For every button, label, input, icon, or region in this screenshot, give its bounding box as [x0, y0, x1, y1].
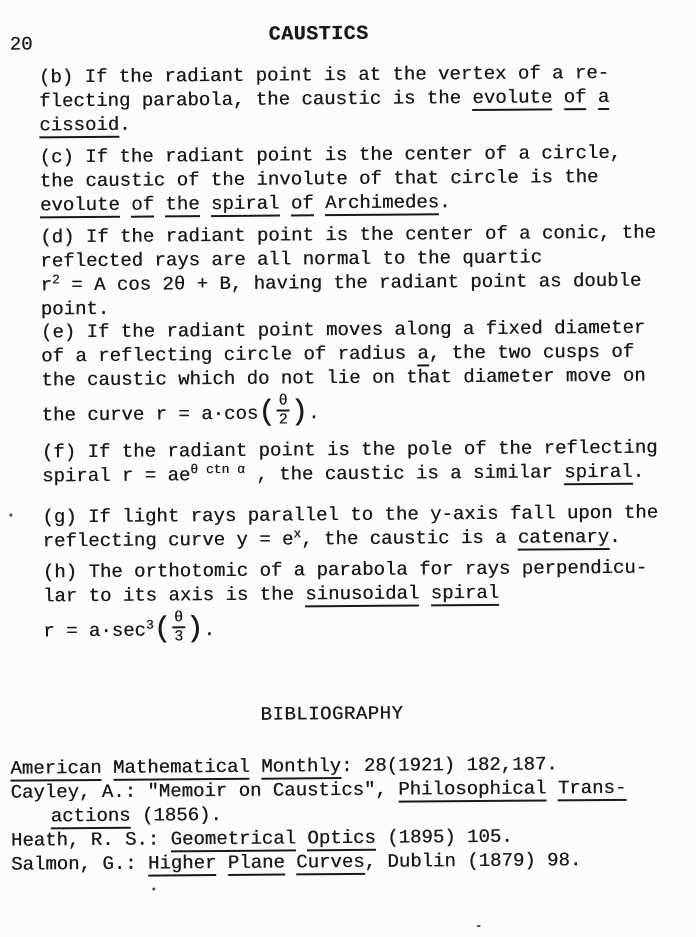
text-run: , Dublin (1879) 98. [365, 849, 582, 873]
text-run [419, 582, 431, 604]
text-run: ( [154, 612, 172, 645]
underlined-term: Curves [296, 851, 365, 876]
text-run [552, 86, 564, 108]
underlined-term: Plane [228, 852, 285, 876]
text-line: the caustic which do not lie on that dia… [41, 363, 677, 392]
text-line: cissoid. [39, 108, 675, 137]
page-content: 20 CAUSTICS (b) If the radiant point is … [0, 0, 696, 937]
text-line: (h) The orthotomic of a parabola for ray… [43, 555, 679, 584]
text-line: the caustic of the involute of that circ… [40, 164, 676, 193]
underlined-term: of [564, 86, 587, 110]
text-run: Cayley, A.: "Memoir on Caustics", [10, 779, 398, 804]
text-run: = A cos 2θ + B, having the radiant point… [60, 270, 642, 297]
text-run: r [40, 274, 52, 296]
text-line: r2 = A cos 2θ + B, having the radiant po… [40, 268, 676, 297]
text-line: reflecting curve y = ex, the caustic is … [42, 524, 678, 553]
fraction: θ2 [276, 393, 289, 429]
text-run: point. [41, 298, 110, 321]
paragraph-g: (g) If light rays parallel to the y-axis… [42, 500, 678, 553]
underlined-term: spiral [564, 461, 633, 486]
text-run: (1856). [130, 804, 221, 827]
page-title: CAUSTICS [0, 21, 641, 49]
text-run: reflecting curve y = e [42, 528, 293, 552]
text-run: of a reflecting circle of radius [41, 342, 417, 367]
underlined-term: evolute [472, 86, 552, 111]
superscript: x [293, 526, 301, 541]
underlined-term: Monthly [261, 755, 341, 780]
underlined-term: the [165, 193, 199, 217]
underlined-term: spiral [211, 193, 280, 218]
underlined-term: evolute [40, 194, 120, 219]
text-run: . [203, 619, 215, 641]
text-run: Heath, R. S.: [11, 828, 171, 851]
bibliography-entry: Salmon, G.: Higher Plane Curves, Dublin … [11, 847, 691, 876]
scanned-book-page: 20 CAUSTICS (b) If the radiant point is … [0, 0, 696, 937]
bibliography-list: American Mathematical Monthly: 28(1921) … [10, 751, 691, 876]
text-line: flecting parabola, the caustic is the ev… [39, 84, 675, 113]
paragraph-b: (b) If the radiant point is at the verte… [39, 60, 676, 137]
body-text: (b) If the radiant point is at the verte… [0, 0, 692, 3]
paragraph-c: (c) If the radiant point is the center o… [39, 140, 676, 217]
text-run [296, 827, 308, 849]
text-run: , the two cusps of [429, 341, 634, 365]
text-line: (d) If the radiant point is the center o… [40, 220, 676, 249]
underlined-term: catenary [518, 526, 609, 551]
text-run: (b) If the radiant point is at the verte… [39, 62, 609, 88]
text-run: . [119, 114, 131, 136]
text-run: . [609, 526, 621, 548]
underlined-term: a [417, 342, 429, 366]
underlined-term: actions [51, 805, 131, 830]
text-run: the caustic which do not lie on that dia… [41, 365, 645, 392]
underlined-term: Mathematical [113, 756, 250, 781]
underlined-term: of [291, 192, 314, 216]
text-run: ( [258, 396, 276, 429]
fraction-numerator: θ [276, 393, 289, 412]
superscript: θ ctn α [190, 462, 245, 477]
text-run: ) [186, 612, 204, 645]
text-run: (c) If the radiant point is the center o… [39, 142, 621, 169]
fraction-numerator: θ [172, 610, 185, 629]
text-run: , the caustic is a similar [245, 461, 564, 486]
underlined-term: Archimedes [325, 191, 439, 216]
superscript: 2 [52, 272, 60, 287]
paragraph-e: (e) If the radiant point moves along a f… [41, 315, 678, 438]
scan-speck [477, 925, 481, 927]
text-run: (1895) 105. [376, 826, 513, 849]
text-run: lar to its axis is the [43, 583, 305, 607]
fraction: θ3 [172, 610, 185, 646]
text-line: evolute of the spiral of Archimedes. [40, 188, 676, 217]
text-run [279, 192, 291, 214]
text-run [101, 757, 113, 779]
text-run [154, 193, 166, 215]
text-line: r = a·sec3(θ3). [43, 603, 679, 654]
text-run: . [632, 461, 644, 483]
text-run: reflected rays are all normal to the qua… [40, 246, 542, 272]
text-run [200, 193, 212, 215]
text-run [586, 86, 598, 108]
paragraph-h: (h) The orthotomic of a parabola for ray… [43, 555, 680, 654]
underlined-term: of [131, 194, 154, 218]
text-run: (h) The orthotomic of a parabola for ray… [43, 557, 647, 584]
bibliography-line: Salmon, G.: Higher Plane Curves, Dublin … [11, 847, 691, 876]
underlined-term: American [10, 757, 101, 782]
underlined-term: sinusoidal [305, 582, 419, 607]
bibliography-entry: Cayley, A.: "Memoir on Caustics", Philos… [10, 775, 690, 828]
text-line: the curve r = a·cos(θ2). [41, 387, 677, 438]
bibliography-line: Cayley, A.: "Memoir on Caustics", Philos… [10, 775, 690, 804]
fraction-denominator: 3 [172, 629, 185, 647]
text-run: flecting parabola, the caustic is the [39, 87, 472, 112]
paragraph-f: (f) If the radiant point is the pole of … [42, 435, 678, 488]
text-run [285, 851, 297, 873]
underlined-term: Trans- [558, 777, 627, 802]
bibliography-heading: BIBLIOGRAPHY [2, 701, 662, 728]
text-run: the caustic of the involute of that circ… [40, 166, 599, 192]
underlined-term: Geometrical [170, 827, 296, 852]
scan-speck [9, 514, 12, 517]
underlined-term: spiral [431, 582, 500, 607]
text-run: : 28(1921) 182,187. [341, 753, 558, 777]
text-run: . [308, 402, 320, 424]
text-run [546, 777, 558, 799]
underlined-term: cissoid [39, 114, 119, 139]
text-line: spiral r = aeθ ctn α , the caustic is a … [42, 459, 678, 488]
text-run [250, 756, 262, 778]
text-run: , the caustic is a [301, 527, 518, 551]
scan-speck [152, 888, 155, 891]
text-run [216, 852, 228, 874]
text-run: ) [290, 395, 308, 428]
text-run: r = a·sec [43, 620, 146, 643]
text-run: spiral r = ae [42, 464, 190, 487]
text-run [314, 192, 326, 214]
underlined-term: Higher [148, 852, 217, 877]
fraction-denominator: 2 [277, 412, 290, 430]
text-run: . [439, 191, 451, 213]
text-run: Salmon, G.: [11, 853, 148, 876]
underlined-term: Optics [307, 827, 376, 852]
underlined-term: a [598, 86, 610, 110]
paragraph-d: (d) If the radiant point is the center o… [40, 220, 677, 321]
text-run: the curve r = a·cos [41, 403, 258, 427]
text-run [120, 194, 132, 216]
underlined-term: Philosophical [398, 777, 546, 802]
text-run: (d) If the radiant point is the center o… [40, 222, 656, 249]
